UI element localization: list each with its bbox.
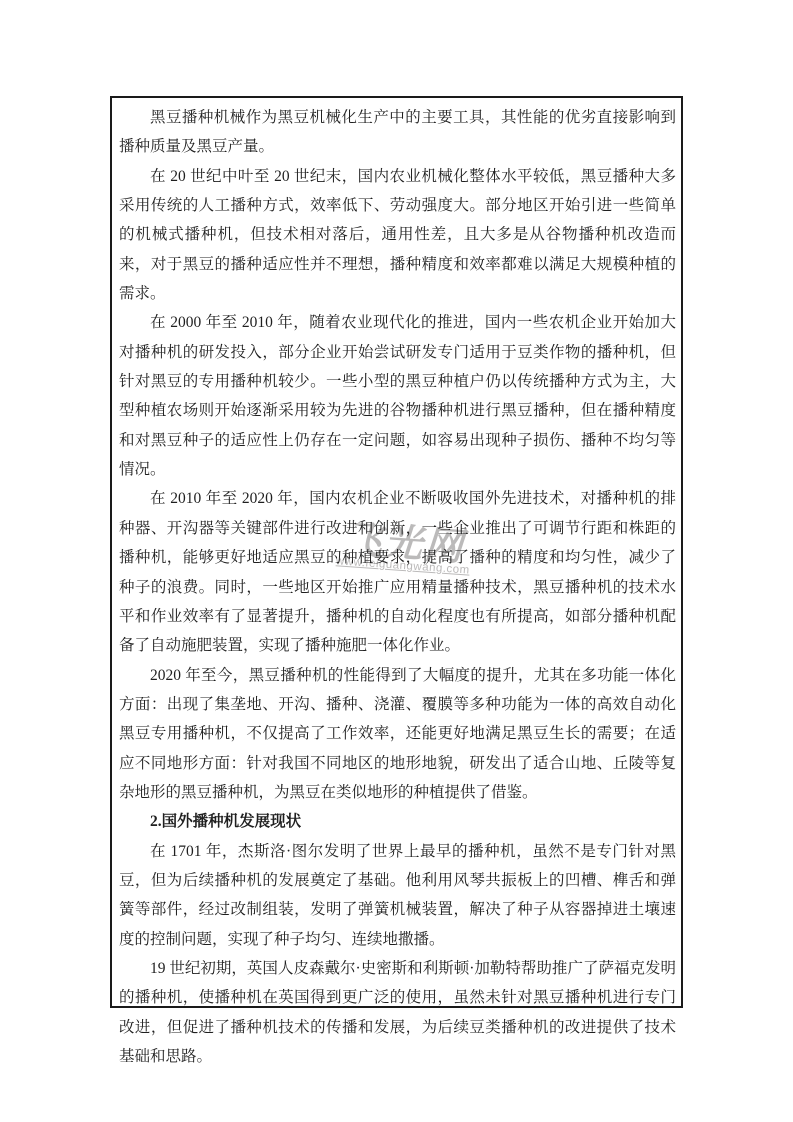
paragraph-19th-century-britain: 19 世纪初期，英国人皮森戴尔·史密斯和利斯顿·加勒特帮助推广了萨福克发明的播种…	[119, 954, 676, 1071]
paragraph-machinery-role: 黑豆播种机械作为黑豆机械化生产中的主要工具，其性能的优劣直接影响到播种质量及黑豆…	[119, 103, 676, 162]
text-frame: 黑豆播种机械作为黑豆机械化生产中的主要工具，其性能的优劣直接影响到播种质量及黑豆…	[110, 96, 683, 1008]
section-heading-foreign-seeder-development: 2.国外播种机发展现状	[119, 807, 676, 836]
paragraph-1701-jethro-tull: 在 1701 年，杰斯洛·图尔发明了世界上最早的播种机，虽然不是专门针对黑豆，但…	[119, 837, 676, 954]
paragraph-2020-to-now: 2020 年至今，黑豆播种机的性能得到了大幅度的提升，尤其在多功能一体化方面：出…	[119, 661, 676, 808]
paragraph-20th-century: 在 20 世纪中叶至 20 世纪末，国内农业机械化整体水平较低，黑豆播种大多采用…	[119, 162, 676, 309]
paragraph-2010-2020: 在 2010 年至 2020 年，国内农机企业不断吸收国外先进技术，对播种机的排…	[119, 484, 676, 660]
paragraph-2000-2010: 在 2000 年至 2010 年，随着农业现代化的推进，国内一些农机企业开始加大…	[119, 308, 676, 484]
document-page: 飞光网 www.feiguangwang.com 黑豆播种机械作为黑豆机械化生产…	[0, 0, 793, 1122]
